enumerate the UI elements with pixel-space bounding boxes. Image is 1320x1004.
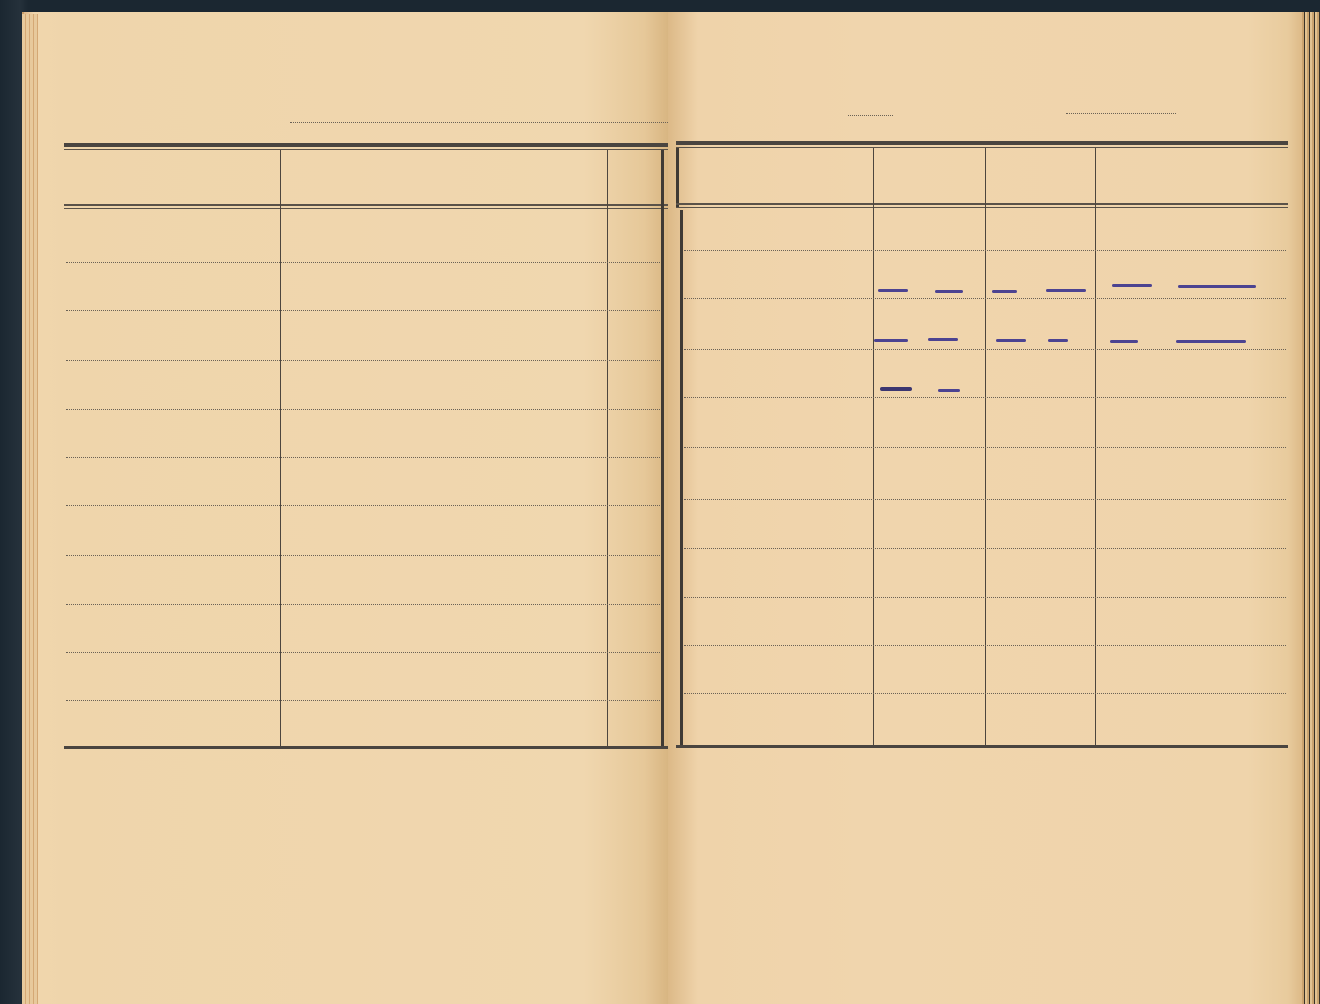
row-line: [684, 250, 1286, 251]
right-header-bottom-rule: [676, 203, 1288, 205]
year-dotted-line: [848, 115, 893, 116]
row-line: [684, 693, 1286, 694]
column-header-subjects: [282, 152, 606, 202]
right-header-left-border: [676, 148, 679, 208]
row-line: [66, 505, 660, 506]
row-line: [66, 652, 660, 653]
row-line: [684, 349, 1286, 350]
right-page-stack: [1302, 12, 1320, 1004]
row-line: [66, 604, 660, 605]
table-bottom-rule: [64, 746, 668, 749]
row-line: [66, 555, 660, 556]
row-line: [684, 645, 1286, 646]
column-header-exam-time: [874, 150, 984, 204]
column-header-hours: [606, 152, 660, 202]
column-divider-2: [607, 150, 608, 748]
header-bottom-rule: [64, 204, 668, 206]
row-line: [66, 409, 660, 410]
column-divider-1: [280, 150, 281, 748]
column-header-secretary-note: [682, 148, 872, 206]
column-divider-3: [661, 150, 664, 748]
row-line: [684, 597, 1286, 598]
left-page-stack: [22, 14, 38, 1004]
right-header-top-rule: [676, 141, 1288, 145]
header-top-rule-thin: [64, 149, 668, 150]
book-number-field: [1066, 113, 1176, 114]
row-line: [684, 298, 1286, 299]
row-line: [684, 548, 1286, 549]
column-header-teachers: [64, 152, 280, 202]
right-header-bottom-rule-thin: [676, 207, 1288, 208]
column-header-signature: [1096, 150, 1288, 204]
header-top-rule: [64, 143, 668, 147]
right-table-left-border: [680, 210, 683, 748]
row-line: [66, 360, 660, 361]
row-line: [684, 447, 1286, 448]
right-table-bottom-rule: [676, 745, 1288, 748]
column-header-grade: [986, 150, 1094, 204]
row-line: [66, 262, 660, 263]
row-line: [66, 457, 660, 458]
row-line: [684, 397, 1286, 398]
row-line: [66, 310, 660, 311]
header-bottom-rule-thin: [64, 208, 668, 209]
title-dotted-line: [290, 122, 668, 123]
row-line: [684, 499, 1286, 500]
row-line: [66, 700, 660, 701]
